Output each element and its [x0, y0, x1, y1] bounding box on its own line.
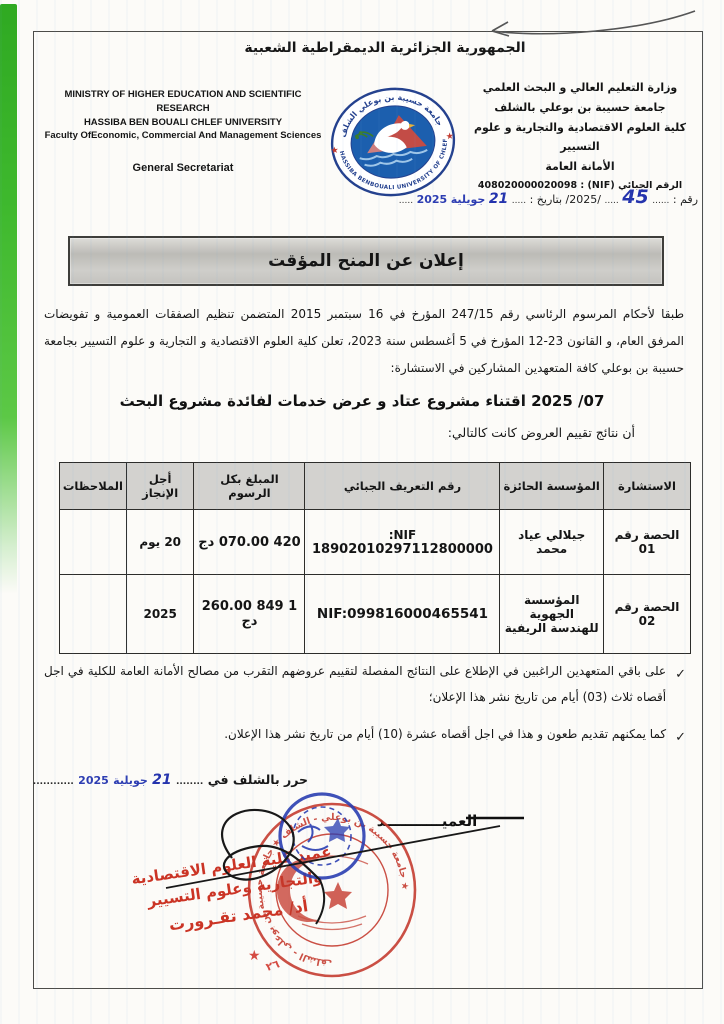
list-item: ✓ كما يمكنهم تقديم طعون و هذا في اجل أقص… [44, 721, 686, 750]
month-stamp: جويلية [113, 774, 148, 787]
table-header-row: الاستشارة المؤسسة الحائزة رقم التعريف ال… [60, 463, 691, 510]
amount-cell: 1 849 260.00 دج [194, 575, 305, 654]
lot-number: 01 [607, 542, 687, 556]
ministry-en-line2: HASSIBA BEN BOUALI CHLEF UNIVERSITY [44, 116, 322, 130]
dots-leader: ...... [652, 196, 669, 206]
scanned-document-page: الجمهورية الجزائرية الديمقراطية الشعبية … [0, 0, 724, 1024]
handwritten-day: 21 [152, 772, 171, 788]
col-header-consultation: الاستشارة [603, 463, 690, 510]
ministry-en-line3: Faculty OfEconomic, Commercial And Manag… [44, 129, 322, 143]
lot-number: 02 [607, 614, 687, 628]
ministry-block-arabic: وزارة التعليم العالي و البحث العلمي جامع… [464, 74, 696, 194]
check-icon: ✓ [675, 661, 686, 714]
bullet-text: على باقي المتعهدين الراغبين في الإطلاع ع… [44, 658, 666, 711]
year-stamp: 2025 [417, 193, 448, 206]
notes-cell [60, 575, 127, 654]
col-header-winner: المؤسسة الحائزة [500, 463, 603, 510]
stamps-and-signature: جامعة حسيبة بن بوعلي - الشلف ★ جامعة حسي… [70, 788, 550, 988]
dots-leader: ........ [176, 777, 203, 787]
nif-cell: NIF: 18902010297112800000 [305, 510, 500, 575]
notes-bullet-list: ✓ على باقي المتعهدين الراغبين في الإطلاع… [44, 658, 686, 749]
general-secretariat-label: General Secretariat [44, 161, 322, 177]
handwritten-ref-number: 45 [622, 186, 648, 208]
lot-cell: الحصة رقم 02 [603, 575, 690, 654]
consultation-subject-line: 07/ 2025 اقتناء مشروع عتاد و عرض خدمات ل… [60, 392, 664, 410]
month-stamp: جويلية [451, 193, 486, 206]
closing-label: حرر بالشلف في [208, 772, 308, 787]
lot-label: الحصة رقم [607, 528, 687, 542]
logo-star-left-icon: ★ [330, 146, 339, 157]
col-header-nif: رقم التعريف الجبائي [305, 463, 500, 510]
dots-leader: ............ [33, 777, 74, 787]
lot-label: الحصة رقم [607, 600, 687, 614]
ministry-block-english: MINISTRY OF HIGHER EDUCATION AND SCIENTI… [44, 74, 322, 177]
bullet-text: كما يمكنهم تقديم طعون و هذا في اجل أقصاه… [44, 721, 666, 750]
intro-paragraph: طبقا لأحكام المرسوم الرئاسي رقم 247/15 ا… [44, 301, 684, 382]
nif-cell: NIF:099816000465541 [305, 575, 500, 654]
col-header-deadline: أجل الإنجاز [126, 463, 194, 510]
university-seal-icon: جامعة حسيبة بن بوعلي الشلف HASSIBA BENBO… [322, 84, 464, 204]
deadline-cell: 2025 [126, 575, 194, 654]
check-icon: ✓ [675, 724, 686, 753]
ref-label: رقم : [673, 193, 698, 206]
results-intro-line: أن نتائج تقييم العروض كانت كالتالي: [448, 425, 635, 440]
handwritten-day: 21 [489, 191, 508, 207]
seal-star-icon: ★ [248, 948, 261, 964]
notes-cell [60, 510, 127, 575]
lot-cell: الحصة رقم 01 [603, 510, 690, 575]
logo-star-right-icon: ★ [445, 132, 454, 143]
reference-number-line: رقم : ...... 45 ..... /2025/ بتاريخ : ..… [368, 193, 698, 206]
letterhead: MINISTRY OF HIGHER EDUCATION AND SCIENTI… [44, 74, 696, 208]
year-stamp: 2025 [78, 774, 109, 787]
dots-leader: ..... [399, 196, 413, 206]
university-logo: جامعة حسيبة بن بوعلي الشلف HASSIBA BENBO… [322, 84, 464, 208]
ref-year: /2025/ [566, 193, 601, 206]
announcement-title-box: إعلان عن المنح المؤقت [68, 236, 664, 286]
ministry-en-line1: MINISTRY OF HIGHER EDUCATION AND SCIENTI… [44, 88, 322, 116]
nif-number: 18902010297112800000 [308, 542, 496, 557]
dots-leader: ..... [512, 196, 526, 206]
deadline-cell: 20 يوم [126, 510, 194, 575]
col-header-notes: الملاحظات [60, 463, 127, 510]
seal-number-mark: ٢٦ [264, 957, 281, 974]
announcement-title: إعلان عن المنح المؤقت [268, 251, 464, 271]
results-table: الاستشارة المؤسسة الحائزة رقم التعريف ال… [59, 462, 691, 654]
col-header-amount: المبلغ بكل الرسوم [194, 463, 305, 510]
closing-date-line: حرر بالشلف في ........ 21 جويلية 2025 ..… [40, 772, 308, 787]
table-row: الحصة رقم 01 جيلالي عياد محمد NIF: 18902… [60, 510, 691, 575]
table-row: الحصة رقم 02 المؤسسة الجهوية للهندسة الر… [60, 575, 691, 654]
ref-date-label: بتاريخ : [530, 193, 562, 206]
winner-cell: المؤسسة الجهوية للهندسة الريفية [500, 575, 603, 654]
republic-title: الجمهورية الجزائرية الديمقراطية الشعبية [210, 40, 560, 56]
list-item: ✓ على باقي المتعهدين الراغبين في الإطلاع… [44, 658, 686, 711]
nif-label: NIF: [308, 528, 496, 542]
dots-leader: ..... [604, 196, 618, 206]
ministry-ar-line2: جامعة حسيبة بن بوعلي بالشلف [464, 98, 696, 118]
scan-edge-green-strip [0, 4, 17, 594]
ministry-ar-line4: الأمانة العامة [464, 157, 696, 177]
winner-cell: جيلالي عياد محمد [500, 510, 603, 575]
amount-cell: 420 070.00 دج [194, 510, 305, 575]
ministry-ar-line3: كلية العلوم الاقتصادية والتجارية و علوم … [464, 118, 696, 158]
ministry-ar-line1: وزارة التعليم العالي و البحث العلمي [464, 78, 696, 98]
